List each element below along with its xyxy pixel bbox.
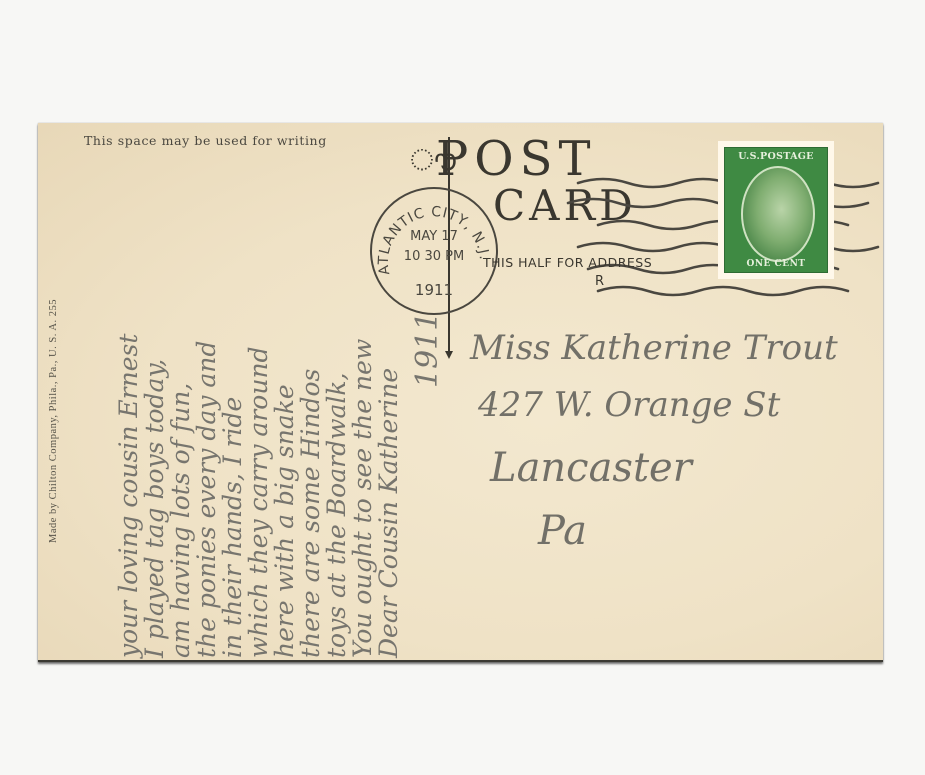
handwritten-year: 1911 [410,312,445,388]
stamp-value-text: ONE CENT [725,259,827,269]
cancel-r-mark: R [595,274,604,289]
stamp-top-text: U.S.POSTAGE [725,151,827,162]
postcard: This space may be used for writing Made … [38,123,883,662]
message-line: in their hands, I ride [220,334,246,658]
publisher-imprint: Made by Chilton Company, Phila., Pa., U.… [48,299,59,543]
message-line: toys at the Boardwalk, [324,334,350,658]
message-line: Dear Cousin Katherine [376,334,402,658]
message-line: here with a big snake [272,334,298,658]
message-line: there are some Hindos [298,334,324,658]
handwritten-message: . your loving cousin Ernest I played tag… [90,334,402,658]
postmark-time: 10 30 PM [372,249,496,264]
message-line: your loving cousin Ernest [116,334,142,658]
postmark: ATLANTIC CITY, N.J. MAY 17 10 30 PM 1911 [370,187,498,315]
message-line: am having lots of fun, [168,334,194,658]
franklin-portrait-icon [741,166,815,262]
postmark-year: 1911 [372,281,496,299]
message-line: the ponies every day and [194,334,220,658]
postmark-date: MAY 17 [372,229,496,244]
address-half-label: THIS HALF FOR ADDRESS [483,255,652,270]
writing-space-label: This space may be used for writing [84,133,327,148]
address-city: Lancaster [490,445,692,491]
address-street: 427 W. Orange St [478,385,780,425]
address-name: Miss Katherine Trout [470,328,838,368]
address-state: Pa [538,508,587,554]
message-line: which they carry around [246,334,272,658]
message-line: You ought to see the new [350,334,376,658]
postage-stamp: U.S.POSTAGE ONE CENT [718,141,834,279]
message-line: I played tag boys today, [142,334,168,658]
